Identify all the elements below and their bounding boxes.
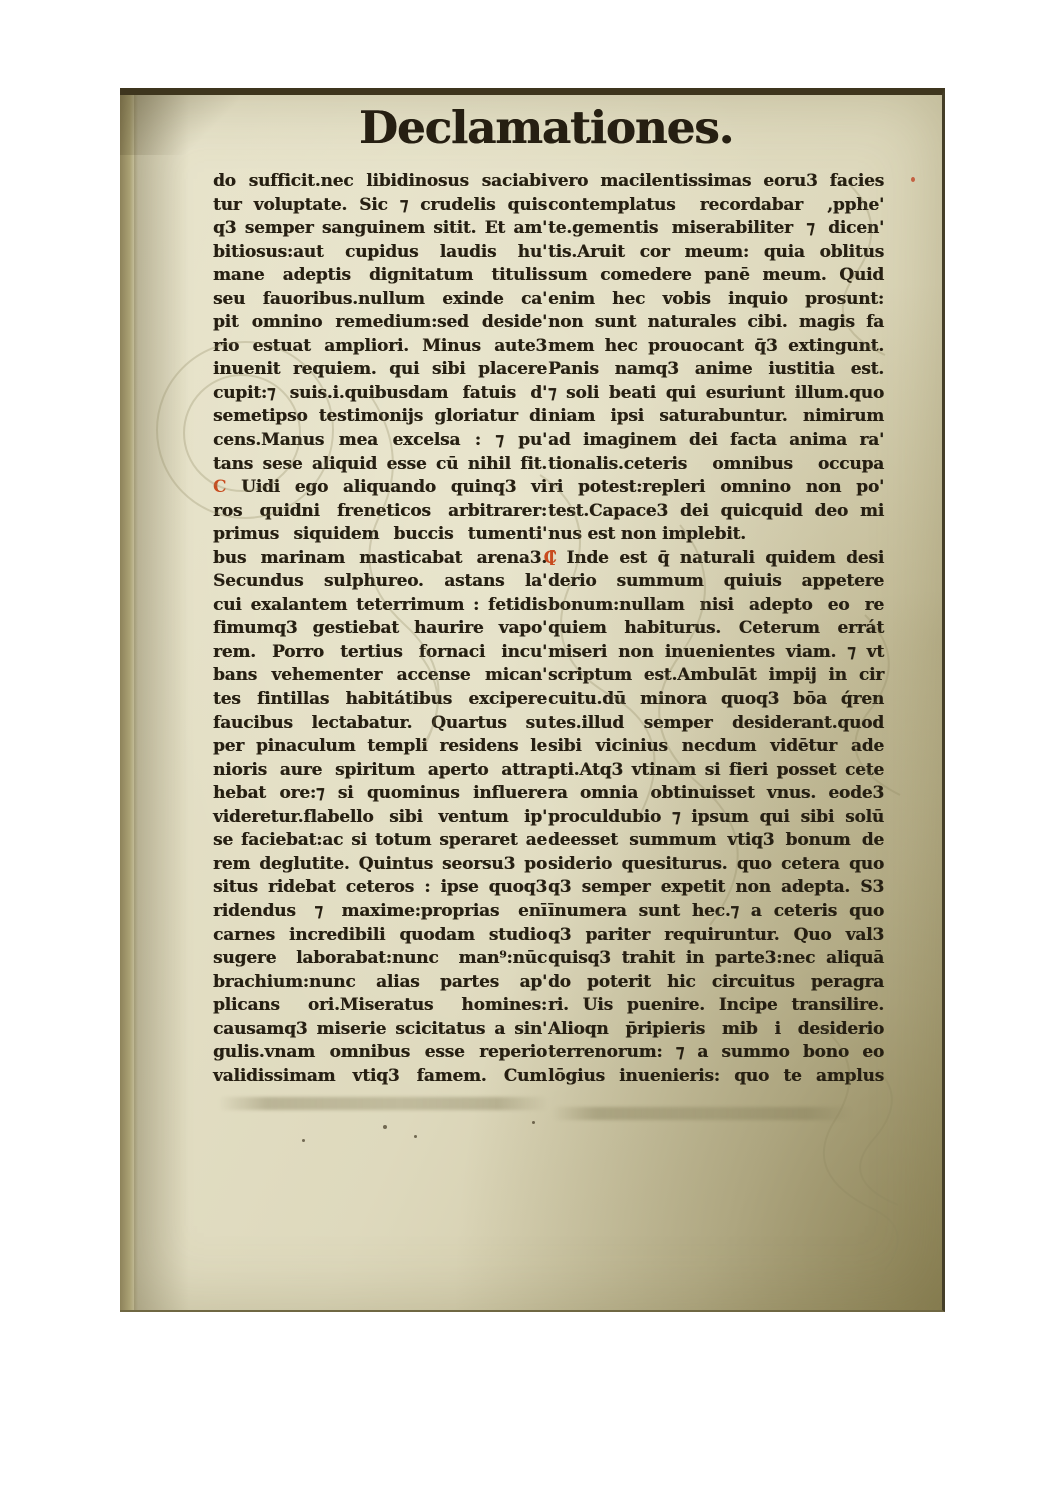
line-text: situs ridebat ceteros : ipse quoq3 [213, 877, 547, 897]
line-text: ridendus ⁊ maxime:proprias enī [213, 901, 547, 921]
text-line: per pinaculum templi residens le [213, 735, 547, 759]
line-text: scriptum est.Ambulāt impij in cir [548, 665, 884, 685]
text-line: niam ipsi saturabuntur. nimirum [548, 405, 884, 429]
line-text: quiem habiturus. Ceterum errát [548, 618, 884, 638]
line-text: Panis namq3 anime iustitia est. [548, 359, 884, 379]
text-line: Secundus sulphureo. astans la' [213, 570, 547, 594]
line-text: bitiosus:aut cupidus laudis hu' [213, 242, 547, 262]
text-line: Alioqn p̄ripieris mib i desiderio [548, 1018, 884, 1042]
text-line: mem hec prouocant q̄3 extingunt. [548, 335, 884, 359]
line-text: terrenorum: ⁊ a summo bono eo [548, 1042, 884, 1062]
text-line: [ Inde est q̄ naturali quidem desi [548, 547, 884, 571]
text-line: ra omnia obtinuisset vnus. eode3 [548, 782, 884, 806]
line-text: proculdubio ⁊ ipsum qui sibi solū [548, 807, 884, 827]
line-text: videretur.flabello sibi ventum ip' [213, 807, 547, 827]
ink-speck [302, 1139, 305, 1142]
text-line: cupit:⁊ suis.i.quibusdam fatuis d' [213, 382, 547, 406]
text-line: ri potest:repleri omnino non po' [548, 476, 884, 500]
page-title: Declamationes. [150, 101, 942, 154]
line-text: hebat ore:⁊ si quominus influere [213, 783, 547, 803]
line-text: miseri non inuenientes viam. ⁊ vt [548, 642, 884, 662]
text-line: derio summum quiuis appetere [548, 570, 884, 594]
line-text: nioris aure spiritum aperto attra [213, 760, 547, 780]
line-text: gulis.vnam omnibus esse reperio [213, 1042, 547, 1062]
text-line: pit omnino remedium:sed deside' [213, 311, 547, 335]
line-text: Secundus sulphureo. astans la' [213, 571, 547, 591]
line-text: sibi vicinius necdum vidētur ade [548, 736, 884, 756]
text-line: carnes incredibili quodam studio [213, 924, 547, 948]
line-text: enim hec vobis inquio prosunt: [548, 289, 884, 309]
text-line: rem. Porro tertius fornaci incu' [213, 641, 547, 665]
line-text: ri potest:repleri omnino non po' [548, 477, 884, 497]
text-line: miseri non inuenientes viam. ⁊ vt [548, 641, 884, 665]
text-line: deesset summum vtiq3 bonum de [548, 829, 884, 853]
line-text: per pinaculum templi residens le [213, 736, 547, 756]
line-text: ⁊ soli beati qui esuriunt illum.quo [548, 383, 884, 403]
text-line: q3 semper sanguinem sitit. Et am' [213, 217, 547, 241]
text-line: situs ridebat ceteros : ipse quoq3 [213, 876, 547, 900]
line-text: cuitu.dū minora quoq3 bōa q́ren [548, 689, 884, 709]
line-text: q3 semper expetit non adepta. S3 [548, 877, 884, 897]
text-line: enim hec vobis inquio prosunt: [548, 288, 884, 312]
text-line: lōgius inuenieris: quo te amplus [548, 1065, 884, 1089]
rubric-mark: [ [548, 548, 566, 568]
ink-speck [414, 1135, 417, 1138]
line-text: bonum:nullam nisi adepto eo re [548, 595, 884, 615]
line-text: primus siquidem buccis tumenti' [213, 524, 547, 544]
text-line: ri. Uis puenire. Incipe transilire. [548, 994, 884, 1018]
line-text: siderio quesiturus. quo cetera quo [548, 854, 884, 874]
text-line: ros quidni freneticos arbitrarer: [213, 500, 547, 524]
text-line: q3 semper expetit non adepta. S3 [548, 876, 884, 900]
line-text: brachium:nunc alias partes ap' [213, 972, 547, 992]
line-text: quisq3 trahit in parte3:nec aliquā [548, 948, 884, 968]
line-text: tis.Aruit cor meum: quia oblitus [548, 242, 884, 262]
line-text: rem. Porro tertius fornaci incu' [213, 642, 547, 662]
line-text: pit omnino remedium:sed deside' [213, 312, 547, 332]
line-text: carnes incredibili quodam studio [213, 925, 547, 945]
text-line: se faciebat:ac si totum speraret ae [213, 829, 547, 853]
text-line: bus marinam masticabat arena3.C [213, 547, 547, 571]
text-line: bonum:nullam nisi adepto eo re [548, 594, 884, 618]
line-text: tes.illud semper desiderant.quod [548, 713, 884, 733]
text-line: primus siquidem buccis tumenti' [213, 523, 547, 547]
line-text: contemplatus recordabar ,pphe' [548, 195, 884, 215]
line-text: bans vehementer accense mican' [213, 665, 547, 685]
line-text: mem hec prouocant q̄3 extingunt. [548, 336, 884, 356]
text-line: faucibus lectabatur. Quartus su [213, 712, 547, 736]
text-line: tionalis.ceteris omnibus occupa [548, 453, 884, 477]
text-line: test.Capace3 dei quicquid deo mi [548, 500, 884, 524]
line-text: q3 semper sanguinem sitit. Et am' [213, 218, 547, 238]
text-line: brachium:nunc alias partes ap' [213, 971, 547, 995]
line-text: bus marinam masticabat arena3. [213, 548, 547, 568]
text-line: tans sese aliquid esse cū nihil fit. [213, 453, 547, 477]
text-line: ⁊ soli beati qui esuriunt illum.quo [548, 382, 884, 406]
line-text: non sunt naturales cibi. magis fa [548, 312, 884, 332]
text-line: bitiosus:aut cupidus laudis hu' [213, 241, 547, 265]
bleedthrough-line [218, 1097, 548, 1110]
text-line: causamq3 miserie scicitatus a sin' [213, 1018, 547, 1042]
text-line: contemplatus recordabar ,pphe' [548, 194, 884, 218]
line-text: tans sese aliquid esse cū nihil fit. [213, 454, 547, 474]
text-line: īnumera sunt hec.⁊ a ceteris quo [548, 900, 884, 924]
text-line: cui exalantem teterrimum : fetidis [213, 594, 547, 618]
line-text: plicans ori.Miseratus homines: [213, 995, 547, 1015]
text-line: tur voluptate. Sic ⁊ crudelis quis [213, 194, 547, 218]
line-text: sum comedere panē meum. Quid [548, 265, 884, 285]
text-line: do sufficit.nec libidinosus saciabi [213, 170, 547, 194]
line-text: fimumq3 gestiebat haurire vapo' [213, 618, 547, 638]
line-text: vero macilentissimas eoru3 facies [548, 171, 884, 191]
text-line: rio estuat ampliori. Minus aute3 [213, 335, 547, 359]
line-text: rem deglutite. Quintus seorsu3 po [213, 854, 547, 874]
text-line: inuenit requiem. qui sibi placere [213, 358, 547, 382]
line-text: ri. Uis puenire. Incipe transilire. [548, 995, 884, 1015]
text-line: nus est non implebit. [548, 523, 884, 547]
line-text: mane adeptis dignitatum titulis [213, 265, 547, 285]
line-text: nus est non implebit. [548, 524, 746, 544]
text-line: q3 pariter requiruntur. Quo val3 [548, 924, 884, 948]
line-text: cens.Manus mea excelsa : ⁊ pu' [213, 430, 547, 450]
line-text: tionalis.ceteris omnibus occupa [548, 454, 884, 474]
text-line: seu fauoribus.nullum exinde ca' [213, 288, 547, 312]
text-line: scriptum est.Ambulāt impij in cir [548, 664, 884, 688]
line-text: te.gementis miserabiliter ⁊ dicen' [548, 218, 884, 238]
text-line: cens.Manus mea excelsa : ⁊ pu' [213, 429, 547, 453]
line-text: test.Capace3 dei quicquid deo mi [548, 501, 884, 521]
line-text: causamq3 miserie scicitatus a sin' [213, 1019, 547, 1039]
book-page-scan: Declamationes. do sufficit.nec libidinos… [120, 88, 945, 1312]
text-line: plicans ori.Miseratus homines: [213, 994, 547, 1018]
text-line: fimumq3 gestiebat haurire vapo' [213, 617, 547, 641]
red-ink-speck [911, 177, 915, 182]
text-column-left: do sufficit.nec libidinosus saciabitur v… [213, 170, 547, 1088]
text-line: gulis.vnam omnibus esse reperio [213, 1041, 547, 1065]
text-line: vero macilentissimas eoru3 facies [548, 170, 884, 194]
line-text: semetipso testimonijs gloriatur di [213, 406, 547, 426]
gutter-shadow [134, 95, 189, 1310]
text-line: hebat ore:⁊ si quominus influere [213, 782, 547, 806]
line-text: Inde est q̄ naturali quidem desi [566, 548, 884, 568]
text-line: quisq3 trahit in parte3:nec aliquā [548, 947, 884, 971]
text-line: C Uidi ego aliquando quinq3 vi [213, 476, 547, 500]
line-text: Alioqn p̄ripieris mib i desiderio [548, 1019, 884, 1039]
line-text: ra omnia obtinuisset vnus. eode3 [548, 783, 884, 803]
line-text: niam ipsi saturabuntur. nimirum [548, 406, 884, 426]
line-text: rio estuat ampliori. Minus aute3 [213, 336, 547, 356]
text-line: terrenorum: ⁊ a summo bono eo [548, 1041, 884, 1065]
line-text: seu fauoribus.nullum exinde ca' [213, 289, 547, 309]
line-text: validissimam vtiq3 famem. Cum [213, 1066, 547, 1086]
text-line: siderio quesiturus. quo cetera quo [548, 853, 884, 877]
text-line: proculdubio ⁊ ipsum qui sibi solū [548, 806, 884, 830]
text-line: videretur.flabello sibi ventum ip' [213, 806, 547, 830]
line-text: tur voluptate. Sic ⁊ crudelis quis [213, 195, 547, 215]
text-line: ridendus ⁊ maxime:proprias enī [213, 900, 547, 924]
line-text: faucibus lectabatur. Quartus su [213, 713, 547, 733]
text-line: quiem habiturus. Ceterum errát [548, 617, 884, 641]
text-line: Panis namq3 anime iustitia est. [548, 358, 884, 382]
text-line: rem deglutite. Quintus seorsu3 po [213, 853, 547, 877]
text-line: sugere laborabat:nunc man⁹:nūc [213, 947, 547, 971]
line-text: ad imaginem dei facta anima ra' [548, 430, 884, 450]
line-text: do poterit hic circuitus peragra [548, 972, 884, 992]
text-line: te.gementis miserabiliter ⁊ dicen' [548, 217, 884, 241]
line-text: Uidi ego aliquando quinq3 vi [241, 477, 547, 497]
rubric-mark: C [213, 477, 241, 497]
text-line: semetipso testimonijs gloriatur di [213, 405, 547, 429]
text-line: sum comedere panē meum. Quid [548, 264, 884, 288]
line-text: pti.Atq3 vtinam si fieri posset cete [548, 760, 884, 780]
text-line: tis.Aruit cor meum: quia oblitus [548, 241, 884, 265]
text-line: tes.illud semper desiderant.quod [548, 712, 884, 736]
text-line: do poterit hic circuitus peragra [548, 971, 884, 995]
line-text: lōgius inuenieris: quo te amplus [548, 1066, 884, 1086]
text-line: mane adeptis dignitatum titulis [213, 264, 547, 288]
text-line: bans vehementer accense mican' [213, 664, 547, 688]
text-line: tes fintillas habitátibus excipere [213, 688, 547, 712]
line-text: cui exalantem teterrimum : fetidis [213, 595, 547, 615]
bleedthrough-line [552, 1107, 852, 1120]
text-line: cuitu.dū minora quoq3 bōa q́ren [548, 688, 884, 712]
line-text: q3 pariter requiruntur. Quo val3 [548, 925, 884, 945]
line-text: tes fintillas habitátibus excipere [213, 689, 547, 709]
text-column-right: vero macilentissimas eoru3 faciescontemp… [548, 170, 884, 1088]
text-line: non sunt naturales cibi. magis fa [548, 311, 884, 335]
ink-speck [383, 1125, 387, 1129]
text-line: ad imaginem dei facta anima ra' [548, 429, 884, 453]
text-line: sibi vicinius necdum vidētur ade [548, 735, 884, 759]
line-text: sugere laborabat:nunc man⁹:nūc [213, 948, 547, 968]
line-text: derio summum quiuis appetere [548, 571, 884, 591]
line-text: do sufficit.nec libidinosus saciabi [213, 171, 547, 191]
line-text: se faciebat:ac si totum speraret ae [213, 830, 547, 850]
line-text: īnumera sunt hec.⁊ a ceteris quo [548, 901, 884, 921]
line-text: inuenit requiem. qui sibi placere [213, 359, 547, 379]
text-line: nioris aure spiritum aperto attra [213, 759, 547, 783]
text-line: pti.Atq3 vtinam si fieri posset cete [548, 759, 884, 783]
ink-speck [532, 1121, 535, 1124]
text-line: validissimam vtiq3 famem. Cum [213, 1065, 547, 1089]
line-text: ros quidni freneticos arbitrarer: [213, 501, 547, 521]
line-text: deesset summum vtiq3 bonum de [548, 830, 884, 850]
line-text: cupit:⁊ suis.i.quibusdam fatuis d' [213, 383, 547, 403]
